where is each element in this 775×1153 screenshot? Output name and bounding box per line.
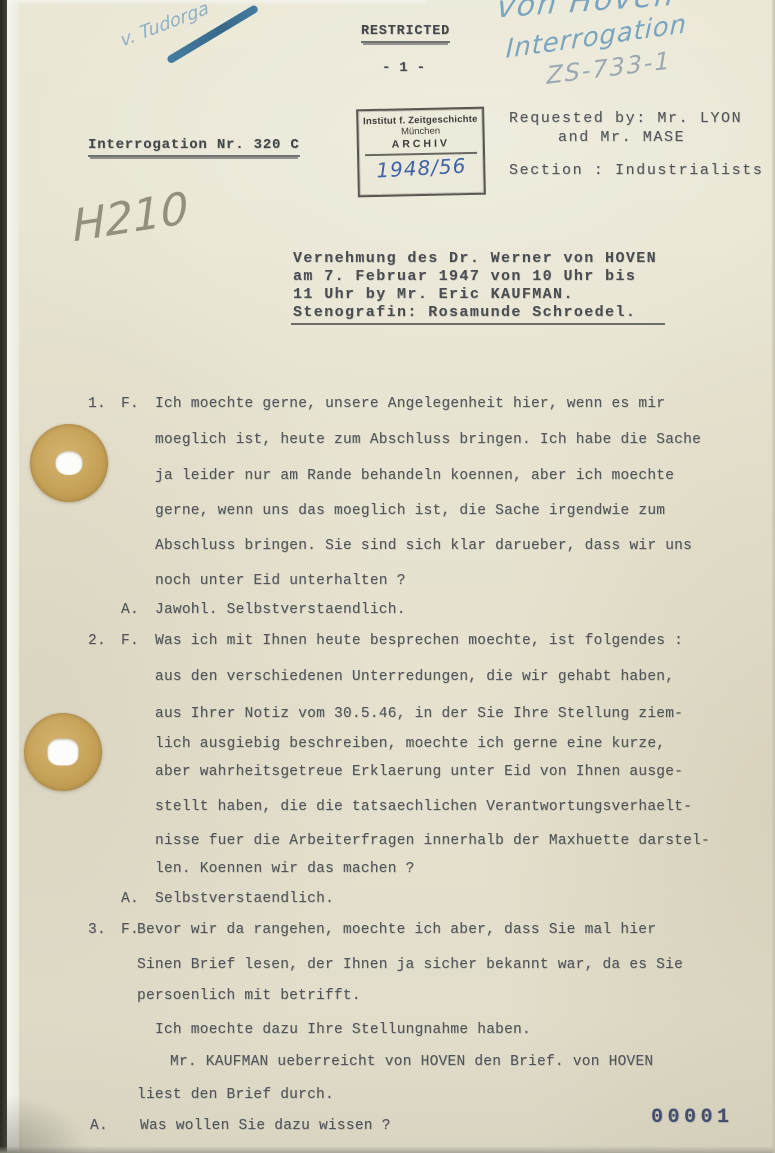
- body-line: Was wollen Sie dazu wissen ?: [140, 1118, 391, 1134]
- stamp-handwritten-number: 1948/56: [359, 152, 484, 183]
- stamp-archiv-line: ARCHIV: [359, 137, 483, 152]
- body-line: aber wahrheitsgetreue Erklaerung unter E…: [155, 764, 683, 780]
- document-page: RESTRICTED - 1 - v. Tudorga von Hoven In…: [0, 0, 775, 1153]
- item-number: 1.: [88, 396, 106, 412]
- body-line: aus Ihrer Notiz vom 30.5.46, in der Sie …: [155, 706, 683, 722]
- body-row: aus den verschiedenen Unterredungen, die…: [0, 669, 775, 699]
- body-row: 1. F. Ich moechte gerne, unsere Angelege…: [0, 396, 775, 426]
- classification-header: RESTRICTED: [361, 24, 450, 43]
- subject-underline: [291, 323, 665, 325]
- handwritten-margin-note: H210: [71, 183, 189, 253]
- page-number: - 1 -: [382, 60, 425, 76]
- body-line: Ich moechte dazu Ihre Stellungnahme habe…: [155, 1022, 531, 1038]
- body-line: moeglich ist, heute zum Abschluss bringe…: [155, 432, 701, 448]
- body-row: 2. F. Was ich mit Ihnen heute besprechen…: [0, 633, 775, 663]
- body-line: lich ausgiebig beschreiben, moechte ich …: [155, 736, 665, 752]
- body-row: noch unter Eid unterhalten ?: [0, 573, 775, 603]
- body-row: stellt haben, die die tatsaechlichen Ver…: [0, 799, 775, 829]
- body-line: nisse fuer die Arbeiterfragen innerhalb …: [155, 833, 710, 849]
- item-number: 2.: [88, 633, 106, 649]
- item-number: 3.: [88, 922, 106, 938]
- body-line: ja leider nur am Rande behandeln koennen…: [155, 468, 674, 484]
- body-line: gerne, wenn uns das moeglich ist, die Sa…: [155, 503, 665, 519]
- body-row: moeglich ist, heute zum Abschluss bringe…: [0, 432, 775, 462]
- body-row-answer: A. Jawohl. Selbstverstaendlich.: [0, 602, 775, 632]
- body-line: liest den Brief durch.: [137, 1087, 334, 1103]
- body-line: stellt haben, die die tatsaechlichen Ver…: [155, 799, 692, 815]
- body-row: gerne, wenn uns das moeglich ist, die Sa…: [0, 503, 775, 533]
- body-line: persoenlich mit betrifft.: [137, 988, 361, 1004]
- body-row-stage-note: Mr. KAUFMAN ueberreicht von HOVEN den Br…: [0, 1054, 775, 1084]
- subject-line-3: 11 Uhr by Mr. Eric KAUFMAN.: [293, 286, 574, 303]
- body-line: noch unter Eid unterhalten ?: [155, 573, 406, 589]
- body-row: len. Koennen wir das machen ?: [0, 861, 775, 891]
- subject-line-1: Vernehmung des Dr. Werner von HOVEN: [293, 250, 657, 267]
- body-line: Was ich mit Ihnen heute besprechen moech…: [155, 633, 683, 649]
- body-row: persoenlich mit betrifft.: [0, 988, 775, 1018]
- speaker-label: F.: [121, 396, 139, 412]
- body-row: nisse fuer die Arbeiterfragen innerhalb …: [0, 833, 775, 863]
- section-line: Section : Industrialists: [509, 162, 763, 179]
- speaker-label: A.: [121, 891, 139, 907]
- body-line: Bevor wir da rangehen, moechte ich aber,…: [137, 922, 656, 938]
- requested-by-line2: and Mr. MASE: [558, 129, 685, 146]
- body-row: aber wahrheitsgetreue Erklaerung unter E…: [0, 764, 775, 794]
- body-line: Mr. KAUFMAN ueberreicht von HOVEN den Br…: [170, 1054, 653, 1070]
- interrogation-title: Interrogation Nr. 320 C: [88, 137, 300, 157]
- body-row: 3. F. Bevor wir da rangehen, moechte ich…: [0, 922, 775, 952]
- body-line: Jawohl. Selbstverstaendlich.: [155, 602, 406, 618]
- archive-stamp: Institut f. Zeitgeschichte München ARCHI…: [356, 107, 486, 198]
- paper-edge-top: [7, 0, 427, 5]
- speaker-label: F.: [121, 633, 139, 649]
- subject-line-4: Stenografin: Rosamunde Schroedel.: [293, 304, 636, 321]
- body-line: Sinen Brief lesen, der Ihnen ja sicher b…: [137, 957, 683, 973]
- body-row: ja leider nur am Rande behandeln koennen…: [0, 468, 775, 498]
- body-line: len. Koennen wir das machen ?: [155, 861, 415, 877]
- body-row: aus Ihrer Notiz vom 30.5.46, in der Sie …: [0, 706, 775, 736]
- body-row: Ich moechte dazu Ihre Stellungnahme habe…: [0, 1022, 775, 1052]
- subject-line-2: am 7. Februar 1947 von 10 Uhr bis: [293, 268, 636, 285]
- body-row: lich ausgiebig beschreiben, moechte ich …: [0, 736, 775, 766]
- body-line: Abschluss bringen. Sie sind sich klar da…: [155, 538, 692, 554]
- sheet-number-stamp: 00001: [651, 1106, 734, 1129]
- body-line: Selbstverstaendlich.: [155, 891, 334, 907]
- body-line: aus den verschiedenen Unterredungen, die…: [155, 669, 674, 685]
- body-row-answer: A. Selbstverstaendlich.: [0, 891, 775, 921]
- speaker-label: A.: [90, 1118, 108, 1134]
- requested-by-line1: Requested by: Mr. LYON: [509, 110, 742, 127]
- speaker-label: A.: [121, 602, 139, 618]
- body-row: Sinen Brief lesen, der Ihnen ja sicher b…: [0, 957, 775, 987]
- body-line: Ich moechte gerne, unsere Angelegenheit …: [155, 396, 665, 412]
- body-row: Abschluss bringen. Sie sind sich klar da…: [0, 538, 775, 568]
